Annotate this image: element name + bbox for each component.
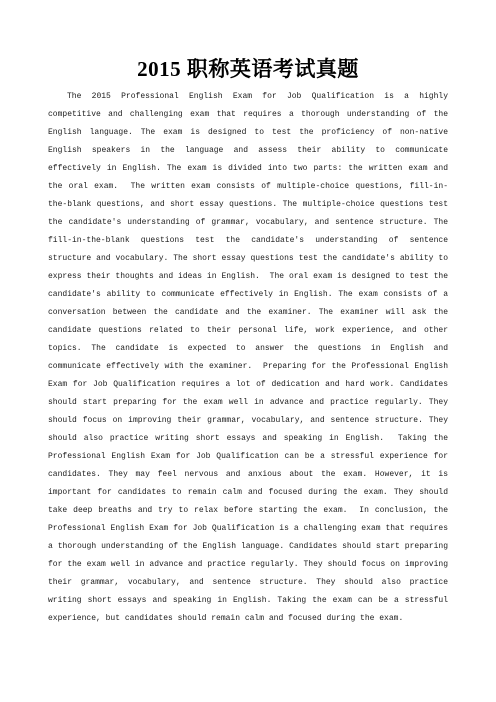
document-page: 2015 职称英语考试真题 The 2015 Professional Engl… — [0, 0, 496, 702]
document-body-paragraph: The 2015 Professional English Exam for J… — [48, 88, 448, 628]
document-title: 2015 职称英语考试真题 — [0, 56, 496, 82]
